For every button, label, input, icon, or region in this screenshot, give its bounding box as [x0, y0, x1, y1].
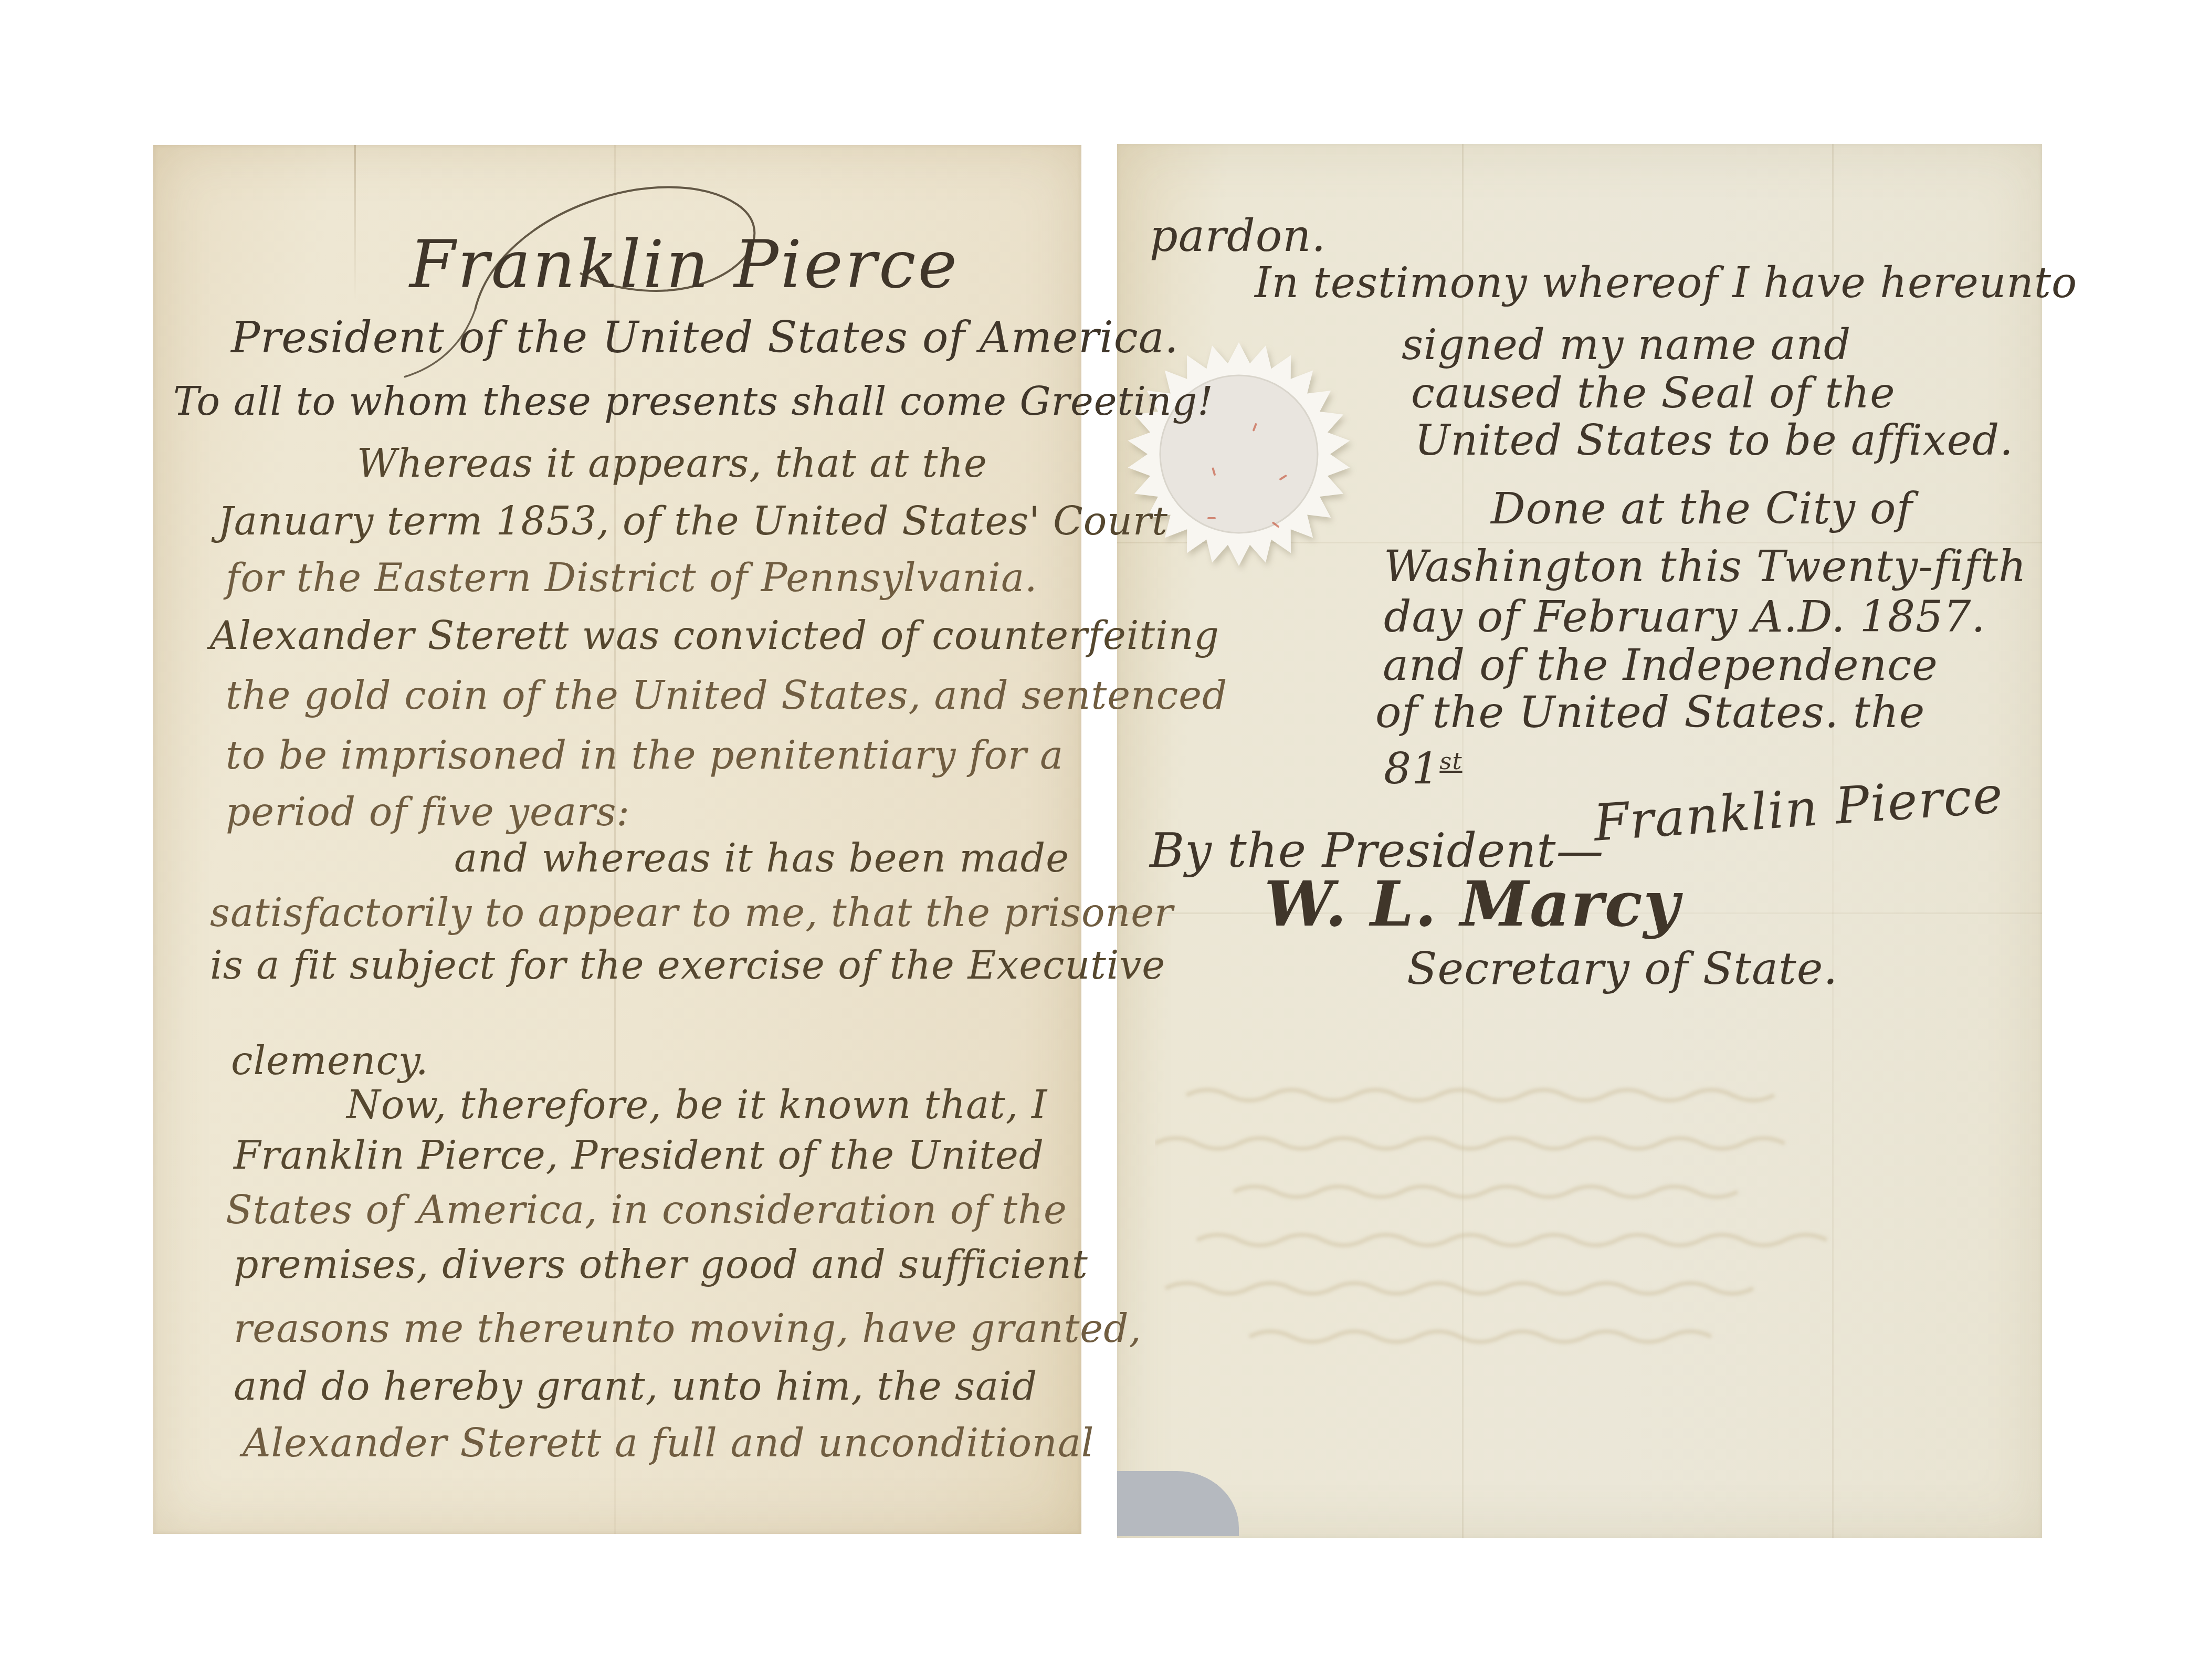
left-page-handwritten-line: States of America, in consideration of t…	[226, 1188, 1067, 1233]
right-page-handwritten-line: pardon.	[1150, 210, 1326, 261]
left-page-handwritten-line: clemency.	[231, 1038, 428, 1084]
left-page-handwritten-line: period of five years:	[226, 790, 630, 835]
left-page-handwritten-line: Alexander Sterett a full and uncondition…	[243, 1421, 1095, 1466]
left-page-handwritten-line: To all to whom these presents shall come…	[173, 379, 1214, 424]
left-page-handwritten-line: Alexander Sterett was convicted of count…	[210, 613, 1219, 658]
right-page-handwritten-line: In testimony whereof I have hereunto	[1255, 258, 2077, 307]
right-page-handwritten-line: day of February A.D. 1857.	[1384, 592, 1985, 642]
right-page-handwritten-line: and of the Independence	[1383, 640, 1938, 690]
right-page-handwritten-line: W. L. Marcy	[1264, 867, 1680, 940]
right-page-handwritten-line: Secretary of State.	[1407, 943, 1838, 994]
left-page-handwritten-line: is a fit subject for the exercise of the…	[210, 943, 1165, 988]
left-page-handwritten-line: Franklin Pierce, President of the United	[234, 1133, 1044, 1178]
right-page-handwritten-line: signed my name and	[1402, 320, 1851, 369]
right-page-handwritten-line: Done at the City of	[1491, 484, 1913, 534]
left-page-handwritten-line: Franklin Pierce	[409, 226, 959, 303]
left-page-handwritten-line: to be imprisoned in the penitentiary for…	[226, 733, 1064, 778]
right-page-handwritten-line: of the United States. the	[1375, 688, 1925, 738]
right-page-handwritten-line: United States to be affixed.	[1415, 416, 2014, 465]
left-page-handwritten-line: January term 1853, of the United States'…	[218, 499, 1168, 544]
left-page-handwritten-line: Now, therefore, be it known that, I	[346, 1083, 1047, 1128]
left-page-handwritten-line: and do hereby grant, unto him, the said	[234, 1364, 1037, 1409]
left-page-handwritten-line: for the Eastern District of Pennsylvania…	[226, 555, 1038, 601]
right-page-handwritten-line: caused the Seal of the	[1411, 369, 1896, 417]
left-page-handwritten-line: premises, divers other good and sufficie…	[234, 1242, 1088, 1287]
left-page-handwritten-line: satisfactorily to appear to me, that the…	[210, 890, 1173, 936]
left-page-handwritten-line: President of the United States of Americ…	[231, 313, 1179, 363]
right-page-handwritten-line: Washington this Twenty-fifth	[1384, 542, 2027, 592]
right-page-handwritten-line: 81st	[1384, 744, 1463, 794]
paper-crease	[354, 145, 356, 302]
left-page-handwritten-line: the gold coin of the United States, and …	[226, 673, 1227, 718]
document-photo: Franklin PiercePresident of the United S…	[0, 0, 2199, 1680]
left-page-handwritten-line: and whereas it has been made	[454, 836, 1069, 881]
left-page-handwritten-line: Whereas it appears, that at the	[357, 441, 987, 486]
left-page-handwritten-line: reasons me thereunto moving, have grante…	[234, 1306, 1142, 1351]
